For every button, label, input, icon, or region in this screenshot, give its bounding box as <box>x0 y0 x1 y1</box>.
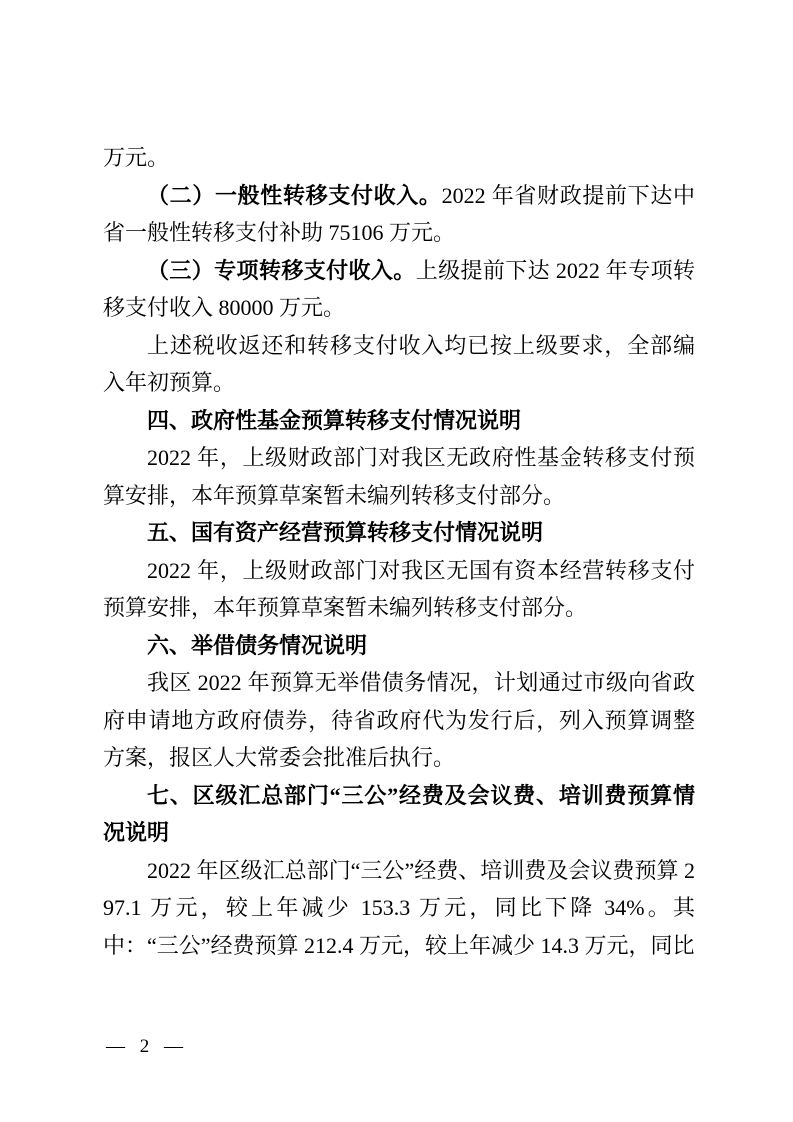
paragraph: （三）专项转移支付收入。上级提前下达 2022 年专项转移支付收入 80000 … <box>103 252 695 327</box>
text-run: 2022 年区级汇总部门“三公”经费、培训费及会议费预算 297.1 万元，较上… <box>103 858 695 958</box>
section-heading: 七、区级汇总部门“三公”经费及会议费、培训费预算情况说明 <box>103 777 695 852</box>
bold-text-run: 七、区级汇总部门“三公”经费及会议费、培训费预算情况说明 <box>103 783 695 846</box>
bold-text-run: 四、政府性基金预算转移支付情况说明 <box>147 408 521 433</box>
text-run: 上述税收返还和转移支付收入均已按上级要求，全部编入年初预算。 <box>103 333 695 396</box>
paragraph: 2022 年区级汇总部门“三公”经费、培训费及会议费预算 297.1 万元，较上… <box>103 852 695 965</box>
paragraph: （二）一般性转移支付收入。2022 年省财政提前下达中省一般性转移支付补助 75… <box>103 177 695 252</box>
bold-text-run: 六、举借债务情况说明 <box>147 633 367 658</box>
page-footer: — 2 — <box>106 1036 188 1058</box>
text-run: 2022 年，上级财政部门对我区无政府性基金转移支付预算安排，本年预算草案暂未编… <box>103 445 695 508</box>
bold-text-run: （二）一般性转移支付收入。 <box>147 183 442 208</box>
page-number: — 2 — <box>106 1036 188 1057</box>
bold-text-run: （三）专项转移支付收入。 <box>147 258 416 283</box>
paragraph: 万元。 <box>103 139 695 177</box>
section-heading: 六、举借债务情况说明 <box>103 627 695 665</box>
paragraph: 2022 年，上级财政部门对我区无政府性基金转移支付预算安排，本年预算草案暂未编… <box>103 439 695 514</box>
section-heading: 五、国有资产经营预算转移支付情况说明 <box>103 514 695 552</box>
text-run: 我区 2022 年预算无举借债务情况，计划通过市级向省政府申请地方政府债券，待省… <box>103 670 695 770</box>
paragraph: 2022 年，上级财政部门对我区无国有资本经营转移支付预算安排，本年预算草案暂未… <box>103 552 695 627</box>
bold-text-run: 五、国有资产经营预算转移支付情况说明 <box>147 520 543 545</box>
text-run: 万元。 <box>103 145 169 170</box>
paragraph: 上述税收返还和转移支付收入均已按上级要求，全部编入年初预算。 <box>103 327 695 402</box>
text-run: 2022 年，上级财政部门对我区无国有资本经营转移支付预算安排，本年预算草案暂未… <box>103 558 695 621</box>
document-body: 万元。（二）一般性转移支付收入。2022 年省财政提前下达中省一般性转移支付补助… <box>103 139 695 964</box>
document-page: 万元。（二）一般性转移支付收入。2022 年省财政提前下达中省一般性转移支付补助… <box>0 0 793 1122</box>
paragraph: 我区 2022 年预算无举借债务情况，计划通过市级向省政府申请地方政府债券，待省… <box>103 664 695 777</box>
section-heading: 四、政府性基金预算转移支付情况说明 <box>103 402 695 440</box>
